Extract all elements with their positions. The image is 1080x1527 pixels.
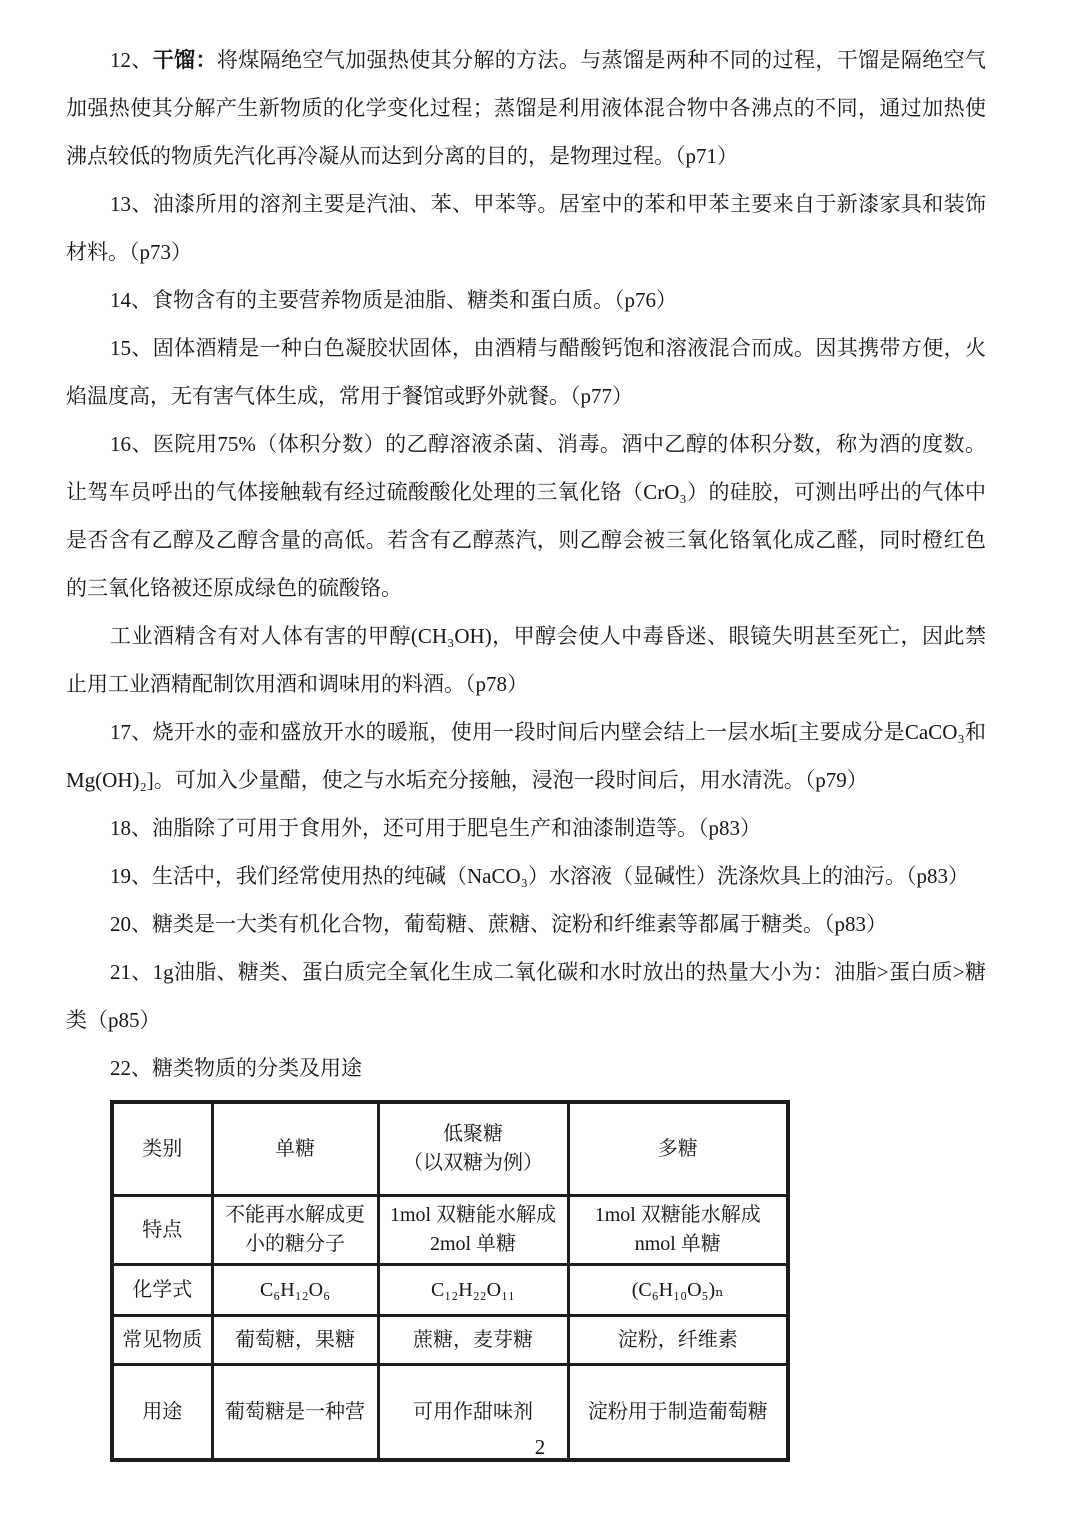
table-cell: C₁₂H₂₂O₁₁ xyxy=(378,1265,568,1316)
page-number: 2 xyxy=(0,1434,1080,1460)
note-item-21: 21、1g油脂、糖类、蛋白质完全氧化生成二氧化碳和水时放出的热量大小为：油脂>蛋… xyxy=(66,948,986,1044)
note-item-16-industrial-alcohol: 工业酒精含有对人体有害的甲醇(CH₃OH)，甲醇会使人中毒昏迷、眼镜失明甚至死亡… xyxy=(66,612,986,708)
table-cell: (C₆H₁₀O₅)ₙ xyxy=(568,1265,788,1316)
note-item-16: 16、医院用75%（体积分数）的乙醇溶液杀菌、消毒。酒中乙醇的体积分数，称为酒的… xyxy=(66,420,986,612)
note-item-12: 12、干馏：将煤隔绝空气加强热使其分解的方法。与蒸馏是两种不同的过程，干馏是隔绝… xyxy=(66,36,986,180)
item-keyword: 干馏： xyxy=(153,48,217,72)
table-row-trait: 特点 不能再水解成更 小的糖分子 1mol 双糖能水解成 2mol 单糖 1mo… xyxy=(112,1196,788,1265)
table-cell: 1mol 双糖能水解成 nmol 单糖 xyxy=(568,1196,788,1265)
notes-body: 12、干馏：将煤隔绝空气加强热使其分解的方法。与蒸馏是两种不同的过程，干馏是隔绝… xyxy=(66,36,986,1462)
note-item-18: 18、油脂除了可用于食用外，还可用于肥皂生产和油漆制造等。（p83） xyxy=(66,804,986,852)
table-cell: 葡萄糖，果糖 xyxy=(212,1316,378,1365)
table-cell: 不能再水解成更 小的糖分子 xyxy=(212,1196,378,1265)
document-page: 12、干馏：将煤隔绝空气加强热使其分解的方法。与蒸馏是两种不同的过程，干馏是隔绝… xyxy=(0,0,1080,1527)
item-number: 12、 xyxy=(110,48,153,72)
table-cell: 淀粉，纤维素 xyxy=(568,1316,788,1365)
row-label: 化学式 xyxy=(112,1265,212,1316)
table-cell: 蔗糖，麦芽糖 xyxy=(378,1316,568,1365)
table-row-formula: 化学式 C₆H₁₂O₆ C₁₂H₂₂O₁₁ (C₆H₁₀O₅)ₙ xyxy=(112,1265,788,1316)
sugar-table-container: 类别 单糖 低聚糖 （以双糖为例） 多糖 特点 不能再水解成更 小的糖分子 1m… xyxy=(110,1100,986,1462)
note-item-19: 19、生活中，我们经常使用热的纯碱（NaCO₃）水溶液（显碱性）洗涤炊具上的油污… xyxy=(66,852,986,900)
table-header-row: 类别 单糖 低聚糖 （以双糖为例） 多糖 xyxy=(112,1102,788,1196)
header-cell-polysaccharide: 多糖 xyxy=(568,1102,788,1196)
note-item-15: 15、固体酒精是一种白色凝胶状固体，由酒精与醋酸钙饱和溶液混合而成。因其携带方便… xyxy=(66,324,986,420)
row-label: 特点 xyxy=(112,1196,212,1265)
note-item-13: 13、油漆所用的溶剂主要是汽油、苯、甲苯等。居室中的苯和甲苯主要来自于新漆家具和… xyxy=(66,180,986,276)
note-item-22-table-title: 22、糖类物质的分类及用途 xyxy=(66,1044,986,1092)
header-cell-monosaccharide: 单糖 xyxy=(212,1102,378,1196)
table-cell: C₆H₁₂O₆ xyxy=(212,1265,378,1316)
note-item-17: 17、烧开水的壶和盛放开水的暖瓶，使用一段时间后内壁会结上一层水垢[主要成分是C… xyxy=(66,708,986,804)
row-label: 常见物质 xyxy=(112,1316,212,1365)
note-item-14: 14、食物含有的主要营养物质是油脂、糖类和蛋白质。（p76） xyxy=(66,276,986,324)
table-cell: 1mol 双糖能水解成 2mol 单糖 xyxy=(378,1196,568,1265)
header-cell-oligosaccharide: 低聚糖 （以双糖为例） xyxy=(378,1102,568,1196)
sugar-classification-table: 类别 单糖 低聚糖 （以双糖为例） 多糖 特点 不能再水解成更 小的糖分子 1m… xyxy=(110,1100,790,1462)
note-item-20: 20、糖类是一大类有机化合物，葡萄糖、蔗糖、淀粉和纤维素等都属于糖类。（p83） xyxy=(66,900,986,948)
table-row-common-substances: 常见物质 葡萄糖，果糖 蔗糖，麦芽糖 淀粉，纤维素 xyxy=(112,1316,788,1365)
header-cell-category: 类别 xyxy=(112,1102,212,1196)
